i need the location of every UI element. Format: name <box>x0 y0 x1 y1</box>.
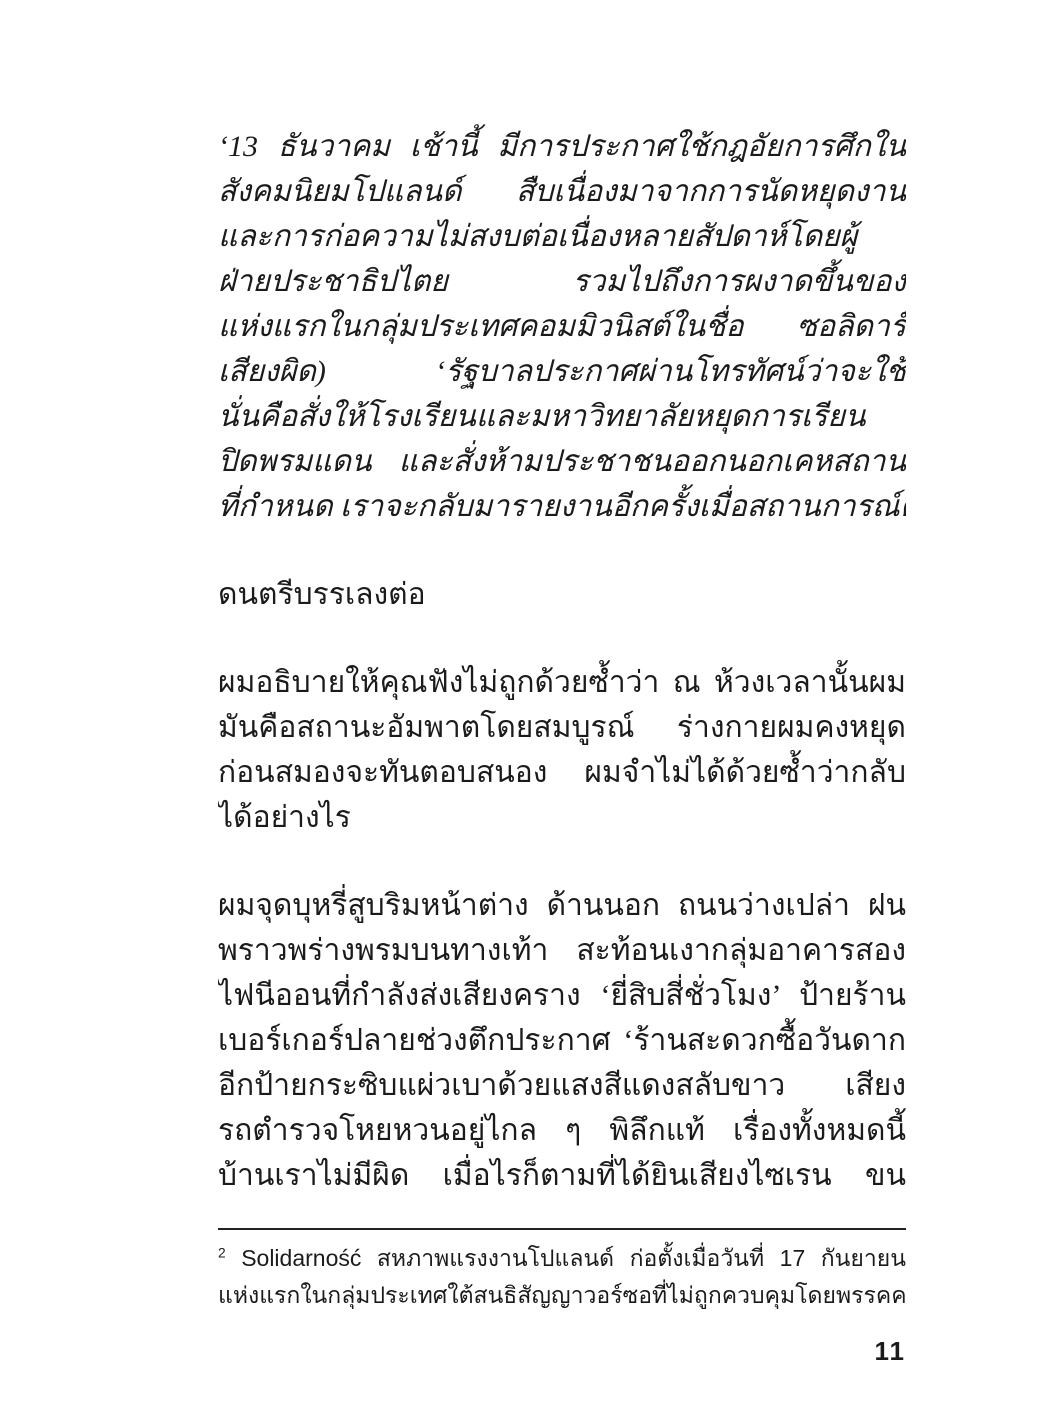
text-line: ไฟนีออนที่กำลังส่งเสียงคราง ‘ยี่สิบสี่ชั… <box>218 973 906 1018</box>
page-number: 11 <box>218 1336 906 1367</box>
text-segment: ดนตรีบรรเลงต่อ <box>218 578 426 611</box>
quote-paragraph-martial-law: ‘13 ธันวาคม เช้านี้ มีการประกาศใช้กฎอัยก… <box>218 124 906 529</box>
text-segment: ได้อย่างไร <box>218 801 351 834</box>
paragraph-paralysis: ผมอธิบายให้คุณฟังไม่ถูกด้วยซ้ำว่า ณ ห้วง… <box>218 660 906 840</box>
paragraph-music-continues: ดนตรีบรรเลงต่อ <box>218 572 906 617</box>
text-segment: นั่นคือสั่งให้โรงเรียนและมหาวิทยาลัยหยุด… <box>218 400 865 439</box>
text-line: บ้านเราไม่มีผิด เมื่อไรก็ตามที่ได้ยินเสี… <box>218 1153 906 1198</box>
text-line: นั่นคือสั่งให้โรงเรียนและมหาวิทยาลัยหยุด… <box>218 394 906 439</box>
text-line: สังคมนิยมโปแลนด์ สืบเนื่องมาจากการนัดหยุ… <box>218 169 906 214</box>
text-line: ฝ่ายประชาธิปไตย รวมไปถึงการผงาดขึ้นของสห… <box>218 259 906 304</box>
footnote: 2 Solidarność สหภาพแรงงานโปแลนด์ ก่อตั้ง… <box>218 1240 906 1314</box>
text-segment: ผมอธิบายให้คุณฟังไม่ถูกด้วยซ้ำว่า ณ ห้วง… <box>218 666 906 705</box>
text-segment: ผมจุดบุหรี่สูบริมหน้าต่าง ด้านนอก ถนนว่า… <box>218 889 906 928</box>
text-line: ก่อนสมองจะทันตอบสนอง ผมจำไม่ได้ด้วยซ้ำว่… <box>218 750 906 795</box>
text-segment: ที่กำหนด เราจะกลับมารายงานอีกครั้งเมื่อส… <box>218 490 906 523</box>
text-line: อีกป้ายกระซิบแผ่วเบาด้วยแสงสีแดงสลับขาว … <box>218 1063 906 1108</box>
text-line: ผมจุดบุหรี่สูบริมหน้าต่าง ด้านนอก ถนนว่า… <box>218 883 906 928</box>
text-segment: ฝ่ายประชาธิปไตย รวมไปถึงการผงาดขึ้นของสห… <box>218 265 906 304</box>
book-page: ‘13 ธันวาคม เช้านี้ มีการประกาศใช้กฎอัยก… <box>0 0 1043 1407</box>
text-line: แห่งแรกในกลุ่มประเทศใต้สนธิสัญญาวอร์ซอที… <box>218 1277 906 1314</box>
footnote-reference-superscript: 2 <box>218 1245 226 1260</box>
text-segment: และการก่อความไม่สงบต่อเนื่องหลายสัปดาห์โ… <box>218 220 857 259</box>
text-segment: สังคมนิยมโปแลนด์ สืบเนื่องมาจากการนัดหยุ… <box>218 175 906 214</box>
text-line: ปิดพรมแดน และสั่งห้ามประชาชนออกนอกเคหสถา… <box>218 439 906 484</box>
text-segment: รถตำรวจโหยหวนอยู่ไกล ๆ พิลึกแท้ เรื่องทั… <box>218 1114 906 1153</box>
footnote-rule <box>218 1228 906 1230</box>
text-line: และการก่อความไม่สงบต่อเนื่องหลายสัปดาห์โ… <box>218 214 906 259</box>
text-line: ผมอธิบายให้คุณฟังไม่ถูกด้วยซ้ำว่า ณ ห้วง… <box>218 660 906 705</box>
text-segment: มันคือสถานะอัมพาตโดยสมบูรณ์ ร่างกายผมคงห… <box>218 711 906 750</box>
text-segment: พราวพร่างพรมบนทางเท้า สะท้อนเงากลุ่มอาคา… <box>218 934 906 973</box>
text-segment: แห่งแรกในกลุ่มประเทศคอมมิวนิสต์ในชื่อ ซอ… <box>218 310 906 349</box>
text-line: ดนตรีบรรเลงต่อ <box>218 572 906 617</box>
text-line: ที่กำหนด เราจะกลับมารายงานอีกครั้งเมื่อส… <box>218 484 906 529</box>
text-line: เบอร์เกอร์ปลายช่วงตึกประกาศ ‘ร้านสะดวกซื… <box>218 1018 906 1063</box>
paragraph-cigarette-window: ผมจุดบุหรี่สูบริมหน้าต่าง ด้านนอก ถนนว่า… <box>218 883 906 1198</box>
text-segment: ‘13 ธันวาคม เช้านี้ มีการประกาศใช้กฎอัยก… <box>218 130 906 169</box>
text-line: ได้อย่างไร <box>218 795 906 840</box>
text-segment: Solidarność สหภาพแรงงานโปแลนด์ ก่อตั้งเม… <box>218 1245 906 1277</box>
text-segment: ปิดพรมแดน และสั่งห้ามประชาชนออกนอกเคหสถา… <box>218 445 906 484</box>
text-segment: เบอร์เกอร์ปลายช่วงตึกประกาศ ‘ร้านสะดวกซื… <box>218 1024 906 1063</box>
text-line: แห่งแรกในกลุ่มประเทศคอมมิวนิสต์ในชื่อ ซอ… <box>218 304 906 349</box>
text-segment: แห่งแรกในกลุ่มประเทศใต้สนธิสัญญาวอร์ซอที… <box>218 1282 906 1308</box>
text-block: ‘13 ธันวาคม เช้านี้ มีการประกาศใช้กฎอัยก… <box>218 124 906 1241</box>
text-line: ‘13 ธันวาคม เช้านี้ มีการประกาศใช้กฎอัยก… <box>218 124 906 169</box>
text-segment: บ้านเราไม่มีผิด เมื่อไรก็ตามที่ได้ยินเสี… <box>218 1159 906 1198</box>
text-segment: ไฟนีออนที่กำลังส่งเสียงคราง ‘ยี่สิบสี่ชั… <box>218 979 906 1018</box>
text-line: มันคือสถานะอัมพาตโดยสมบูรณ์ ร่างกายผมคงห… <box>218 705 906 750</box>
text-segment: อีกป้ายกระซิบแผ่วเบาด้วยแสงสีแดงสลับขาว … <box>218 1069 906 1108</box>
text-segment: เสียงผิด) ‘รัฐบาลประกาศผ่านโทรทัศน์ว่าจะ… <box>218 355 906 394</box>
text-line: เสียงผิด) ‘รัฐบาลประกาศผ่านโทรทัศน์ว่าจะ… <box>218 349 906 394</box>
text-line: 2 Solidarność สหภาพแรงงานโปแลนด์ ก่อตั้ง… <box>218 1240 906 1277</box>
text-line: รถตำรวจโหยหวนอยู่ไกล ๆ พิลึกแท้ เรื่องทั… <box>218 1108 906 1153</box>
text-line: พราวพร่างพรมบนทางเท้า สะท้อนเงากลุ่มอาคา… <box>218 928 906 973</box>
footnote-area: 2 Solidarność สหภาพแรงงานโปแลนด์ ก่อตั้ง… <box>218 1228 906 1314</box>
text-segment: ก่อนสมองจะทันตอบสนอง ผมจำไม่ได้ด้วยซ้ำว่… <box>218 756 906 795</box>
